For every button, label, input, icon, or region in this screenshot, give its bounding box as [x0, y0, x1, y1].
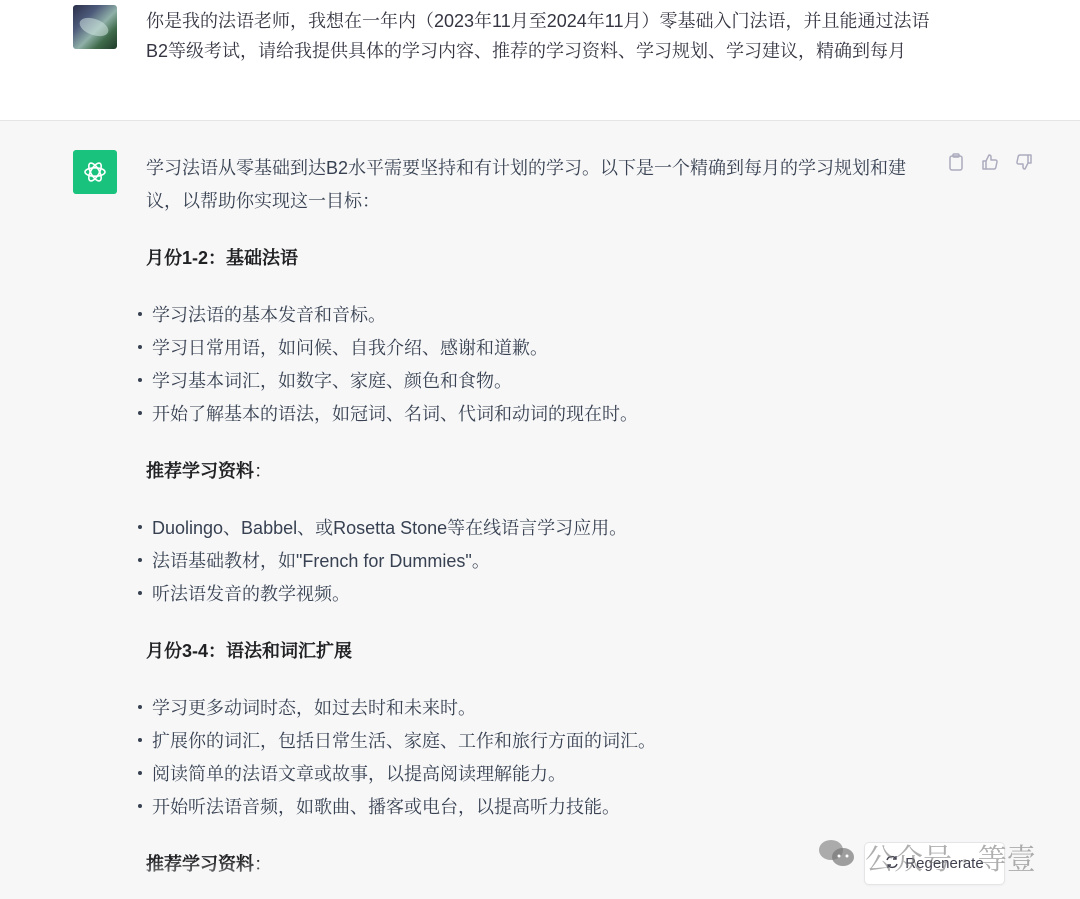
list-item: 学习基本词汇，如数字、家庭、颜色和食物。 [134, 365, 936, 398]
thumbs-down-icon[interactable] [1014, 152, 1034, 172]
user-message-text: 你是我的法语老师，我想在一年内（2023年11月至2024年11月）零基础入门法… [146, 6, 936, 66]
bullet-list: Duolingo、Babbel、或Rosetta Stone等在线语言学习应用。… [134, 512, 936, 611]
bullet-list: 学习更多动词时态，如过去时和未来时。 扩展你的词汇，包括日常生活、家庭、工作和旅… [134, 692, 936, 824]
assistant-message-row: 学习法语从零基础到达B2水平需要坚持和有计划的学习。以下是一个精确到每月的学习规… [0, 122, 1080, 899]
openai-logo-icon [73, 150, 117, 194]
list-item: 学习日常用语，如问候、自我介绍、感谢和道歉。 [134, 332, 936, 365]
section-heading: 月份3-4：语法和词汇扩展 [146, 635, 936, 668]
list-item: Duolingo、Babbel、或Rosetta Stone等在线语言学习应用。 [134, 512, 936, 545]
list-item: 听法语发音的教学视频。 [134, 578, 936, 611]
user-avatar [73, 5, 117, 49]
list-item: 法语基础教材，如"French for Dummies"。 [134, 545, 936, 578]
section-heading: 月份1-2：基础法语 [146, 242, 936, 275]
message-actions [946, 152, 1034, 172]
heading-colon: ： [254, 461, 272, 481]
list-item: 学习法语的基本发音和音标。 [134, 299, 936, 332]
list-item: 扩展你的词汇，包括日常生活、家庭、工作和旅行方面的词汇。 [134, 725, 936, 758]
regenerate-label: Regenerate [905, 855, 983, 872]
heading-text: 推荐学习资料 [146, 461, 254, 481]
refresh-icon [885, 855, 899, 873]
list-item: 学习更多动词时态，如过去时和未来时。 [134, 692, 936, 725]
list-item: 开始了解基本的语法，如冠词、名词、代词和动词的现在时。 [134, 398, 936, 431]
assistant-message-content: 学习法语从零基础到达B2水平需要坚持和有计划的学习。以下是一个精确到每月的学习规… [146, 152, 936, 899]
thumbs-up-icon[interactable] [980, 152, 1000, 172]
section-heading: 推荐学习资料： [146, 455, 936, 488]
copy-icon[interactable] [946, 152, 966, 172]
user-message-row: 你是我的法语老师，我想在一年内（2023年11月至2024年11月）零基础入门法… [0, 0, 1080, 121]
bullet-list: 学习法语的基本发音和音标。 学习日常用语，如问候、自我介绍、感谢和道歉。 学习基… [134, 299, 936, 431]
list-item: 开始听法语音频，如歌曲、播客或电台，以提高听力技能。 [134, 791, 936, 824]
list-item: 阅读简单的法语文章或故事，以提高阅读理解能力。 [134, 758, 936, 791]
intro-paragraph: 学习法语从零基础到达B2水平需要坚持和有计划的学习。以下是一个精确到每月的学习规… [146, 152, 936, 218]
regenerate-button[interactable]: Regenerate [864, 842, 1005, 885]
